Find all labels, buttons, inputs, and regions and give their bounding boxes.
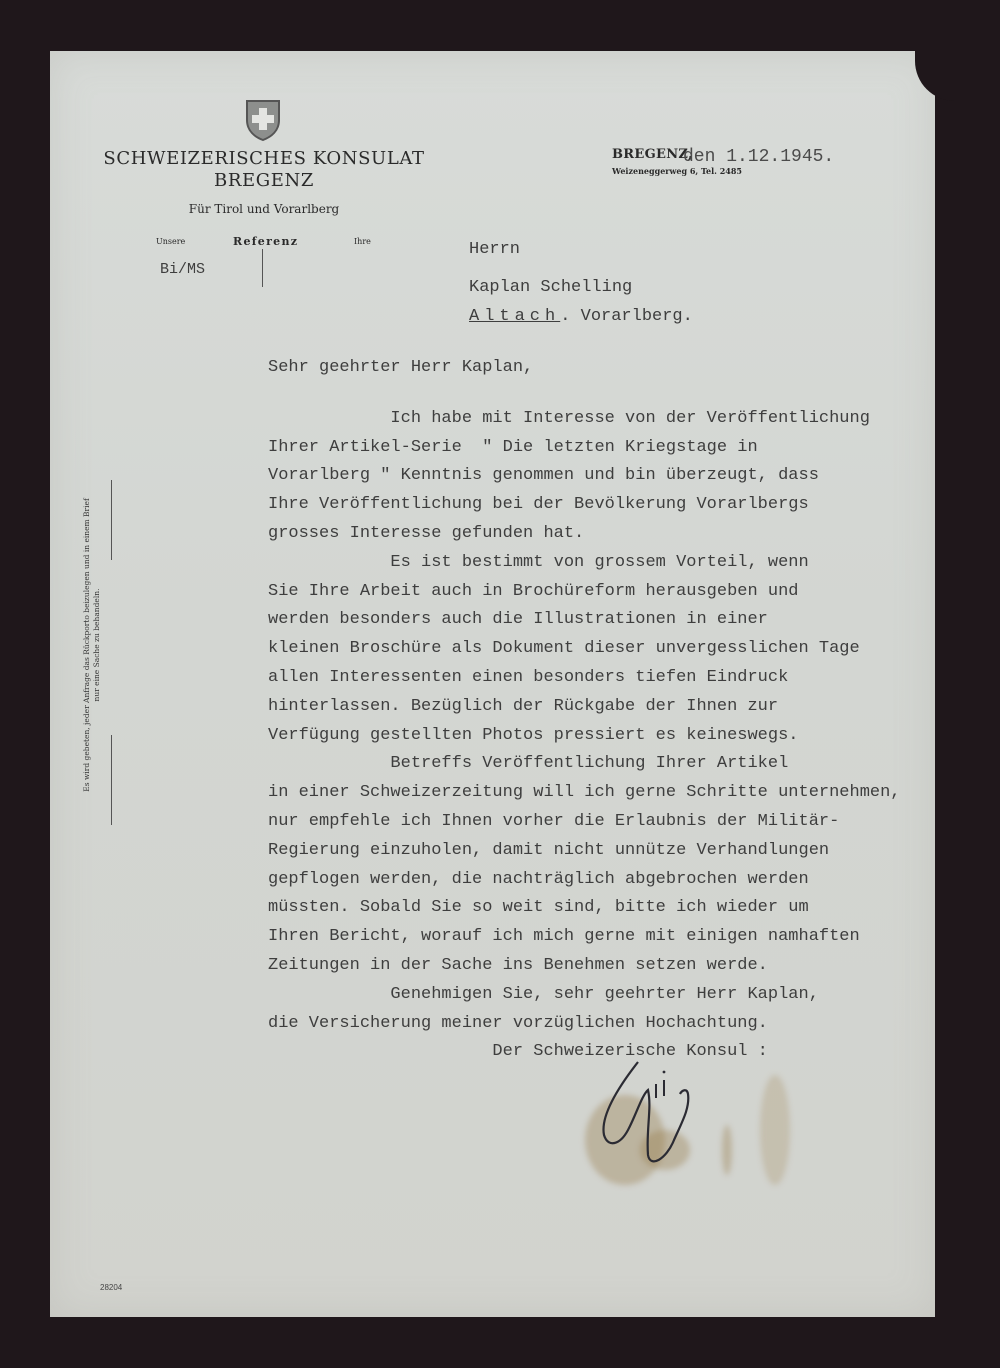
body-line: grosses Interesse gefunden hat. (268, 520, 948, 549)
body-line: die Versicherung meiner vorzüglichen Hoc… (268, 1010, 948, 1039)
jurisdiction: Für Tirol und Vorarlberg (98, 202, 430, 216)
body-line: kleinen Broschüre als Dokument dieser un… (268, 635, 948, 664)
reference-heading: Referenz (233, 235, 298, 248)
body-line: Regierung einzuholen, damit nicht unnütz… (268, 837, 948, 866)
recipient-address: Altach. Vorarlberg. (469, 307, 693, 326)
recipient-salutation: Herrn (469, 240, 520, 259)
body-line: müssten. Sobald Sie so weit sind, bitte … (268, 894, 948, 923)
body-line: Zeitungen in der Sache ins Benehmen setz… (268, 952, 948, 981)
side-note: Es wird gebeten, jeder Anfrage das Rückp… (82, 465, 102, 825)
swiss-cross-shield-icon (244, 98, 282, 142)
recipient-name: Kaplan Schelling (469, 278, 632, 297)
body-line: Sehr geehrter Herr Kaplan, (268, 354, 948, 383)
letter-date: den 1.12.1945. (683, 147, 834, 167)
side-rule (111, 480, 112, 560)
body-line: hinterlassen. Bezüglich der Rückgabe der… (268, 693, 948, 722)
org-line-2: BREGENZ (98, 170, 430, 192)
recipient-region: . Vorarlberg. (560, 307, 693, 326)
body-line: Ihre Veröffentlichung bei der Bevölkerun… (268, 491, 948, 520)
body-line: gepflogen werden, die nachträglich abgeb… (268, 866, 948, 895)
body-line: in einer Schweizerzeitung will ich gerne… (268, 779, 948, 808)
side-note-line-1: Es wird gebeten, jeder Anfrage das Rückp… (82, 465, 92, 825)
reference-ours-value: Bi/MS (160, 261, 205, 278)
body-line: Ich habe mit Interesse von der Veröffent… (268, 405, 948, 434)
body-line: Es ist bestimmt von grossem Vorteil, wen… (268, 549, 948, 578)
body-line: Verfügung gestellten Photos pressiert es… (268, 722, 948, 751)
signature-icon (590, 1060, 720, 1180)
side-rule (111, 735, 112, 825)
reference-ours-label: Unsere (156, 237, 185, 246)
body-line: allen Interessenten einen besonders tief… (268, 664, 948, 693)
letterhead-address: Weizeneggerweg 6, Tel. 2485 (612, 166, 742, 176)
body-line: werden besonders auch die Illustrationen… (268, 606, 948, 635)
body-line: Genehmigen Sie, sehr geehrter Herr Kapla… (268, 981, 948, 1010)
body-line: Ihrer Artikel-Serie " Die letzten Kriegs… (268, 434, 948, 463)
body-line: Vorarlberg " Kenntnis genommen und bin ü… (268, 462, 948, 491)
body-line: nur empfehle ich Ihnen vorher die Erlaub… (268, 808, 948, 837)
reference-divider (262, 249, 263, 287)
side-note-line-2: nur eine Sache zu behandeln. (92, 465, 102, 825)
consulate-name: SCHWEIZERISCHES KONSULAT BREGENZ (98, 148, 430, 192)
form-number: 28204 (100, 1283, 122, 1292)
reference-theirs-label: Ihre (354, 237, 371, 246)
recipient-town: Altach (469, 307, 560, 326)
body-line: Betreffs Veröffentlichung Ihrer Artikel (268, 750, 948, 779)
body-line: Sie Ihre Arbeit auch in Brochüreform her… (268, 578, 948, 607)
body-line: Ihren Bericht, worauf ich mich gerne mit… (268, 923, 948, 952)
letterhead-city: BREGENZ, (612, 147, 693, 162)
org-line-1: SCHWEIZERISCHES KONSULAT (98, 148, 430, 170)
letter-body: Sehr geehrter Herr Kaplan, Ich habe mit … (268, 354, 948, 1067)
stain (722, 1125, 732, 1175)
body-line (268, 383, 948, 405)
stain (760, 1075, 790, 1185)
